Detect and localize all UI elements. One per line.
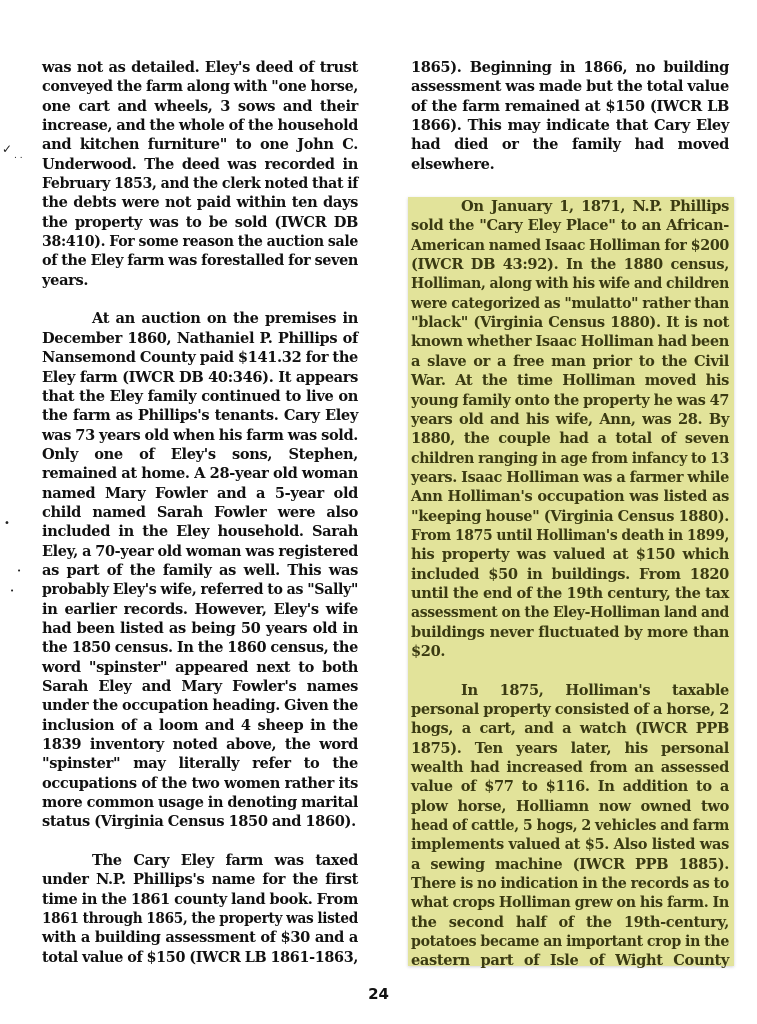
- text-line: inclusion of a loom and 4 sheep in the: [42, 716, 358, 735]
- text-line: a slave or a free man prior to the Civil: [411, 352, 729, 371]
- text-line: Eley, a 70-year old woman was registered: [42, 542, 354, 561]
- text-line: Only one of Eley's sons, Stephen,: [42, 445, 358, 464]
- text-line: child named Sarah Fowler were also: [42, 503, 358, 522]
- text-line: of the Eley farm was forestalled for sev…: [42, 251, 353, 270]
- text-line: what crops Holliman grew on his farm. In: [411, 893, 723, 912]
- text-line: status (Virginia Census 1850 and 1860).: [42, 812, 358, 831]
- text-line: that the Eley family continued to live o…: [42, 387, 358, 406]
- text-line: total value of $150 (IWCR LB 1861-1863,: [42, 948, 353, 967]
- text-line: Holliman, along with his wife and childr…: [411, 274, 716, 293]
- text-line: Eley farm (IWCR DB 40:346). It appears: [42, 368, 358, 387]
- text-line: implements valued at $5. Also listed was: [411, 835, 729, 854]
- text-line: elsewhere.: [411, 155, 729, 174]
- paragraph: The Cary Eley farm was taxed under N.P. …: [42, 851, 358, 967]
- text-line: years old and his wife, Ann, was 28. By: [411, 410, 729, 429]
- highlighted-paragraph: On January 1, 1871, N.P. Phillips sold t…: [411, 197, 729, 661]
- margin-check-mark: ✓: [2, 143, 12, 155]
- text-line: named Mary Fowler and a 5-year old: [42, 484, 358, 503]
- text-line: time in the 1861 county land book. From: [42, 890, 356, 909]
- text-line: under N.P. Phillips's name for the first: [42, 870, 358, 889]
- text-line: The Cary Eley farm was taxed: [42, 851, 358, 870]
- text-line: assessment on the Eley-Holliman land and: [411, 603, 716, 622]
- text-line: 1875). Ten years later, his personal: [411, 739, 729, 758]
- left-column: was not as detailed. Eley's deed of trus…: [42, 58, 358, 967]
- text-line: wealth had increased from an assessed: [411, 758, 729, 777]
- text-line: of the farm remained at $150 (IWCR LB: [411, 97, 729, 116]
- text-line: head of cattle, 5 hogs, 2 vehicles and f…: [411, 816, 719, 835]
- text-line: $20.: [411, 642, 729, 661]
- margin-dots-mark: . .: [14, 150, 23, 162]
- text-line: his property was valued at $150 which: [411, 545, 729, 564]
- text-line: In 1875, Holliman's taxable: [411, 681, 729, 700]
- text-line: the farm as Phillips's tenants. Cary Ele…: [42, 406, 358, 425]
- text-line: February 1853, and the clerk noted that …: [42, 174, 348, 193]
- text-line: were categorized as "mulatto" rather tha…: [411, 294, 719, 313]
- text-line: assessment was made but the total value: [411, 77, 729, 96]
- text-line: one cart and wheels, 3 sows and their: [42, 97, 358, 116]
- text-line: 1839 inventory noted above, the word: [42, 735, 358, 754]
- text-line: remained at home. A 28-year old woman: [42, 464, 358, 483]
- page-number: 24: [0, 985, 757, 1003]
- text-line: the 1850 census. In the 1860 census, the: [42, 638, 356, 657]
- text-line: value of $77 to $116. In addition to a: [411, 777, 729, 796]
- text-line: was 73 years old when his farm was sold.: [42, 426, 357, 445]
- text-line: sold the "Cary Eley Place" to an African…: [411, 216, 729, 235]
- text-line: word "spinster" appeared next to both: [42, 658, 358, 677]
- text-line: plow horse, Holliamn now owned two: [411, 797, 729, 816]
- text-line: in earlier records. However, Eley's wife: [42, 600, 358, 619]
- text-line: 1861 through 1865, the property was list…: [42, 909, 338, 928]
- text-line: probably Eley's wife, referred to as "Sa…: [42, 580, 348, 599]
- text-line: 1865). Beginning in 1866, no building: [411, 58, 729, 77]
- text-line: years.: [42, 271, 358, 290]
- text-line: 1866). This may indicate that Cary Eley: [411, 116, 729, 135]
- text-line: "black" (Virginia Census 1880). It is no…: [411, 313, 729, 332]
- text-line: "spinster" may literally refer to the: [42, 754, 358, 773]
- text-line: under the occupation heading. Given the: [42, 696, 355, 715]
- text-line: years. Isaac Holliman was a farmer while: [411, 468, 728, 487]
- text-line: known whether Isaac Holliman had been: [411, 332, 728, 351]
- text-line: eastern part of Isle of Wight County: [411, 951, 729, 970]
- right-column: 1865). Beginning in 1866, no building as…: [411, 58, 729, 971]
- text-line: Underwood. The deed was recorded in: [42, 155, 358, 174]
- text-line: "keeping house" (Virginia Census 1880).: [411, 507, 729, 526]
- highlighted-paragraph: In 1875, Holliman's taxable personal pro…: [411, 681, 729, 971]
- text-line: a sewing machine (IWCR PPB 1885).: [411, 855, 729, 874]
- text-line: the property was to be sold (IWCR DB: [42, 213, 358, 232]
- text-line: (IWCR DB 43:92). In the 1880 census,: [411, 255, 729, 274]
- margin-dot: •: [10, 585, 14, 597]
- text-line: buildings never fluctuated by more than: [411, 623, 729, 642]
- text-line: included $50 in buildings. From 1820: [411, 565, 729, 584]
- text-line: 38:410). For some reason the auction sal…: [42, 232, 348, 251]
- text-line: Ann Holliman's occupation was listed as: [411, 487, 729, 506]
- text-line: Nansemond County paid $141.32 for the: [42, 348, 358, 367]
- text-line: had died or the family had moved: [411, 135, 729, 154]
- paragraph: was not as detailed. Eley's deed of trus…: [42, 58, 358, 290]
- text-line: At an auction on the premises in: [42, 309, 358, 328]
- text-line: There is no indication in the records as…: [411, 874, 722, 893]
- text-line: War. At the time Holliman moved his: [411, 371, 729, 390]
- margin-dot: •: [17, 565, 21, 577]
- paragraph: 1865). Beginning in 1866, no building as…: [411, 58, 729, 174]
- text-line: increase, and the whole of the household: [42, 116, 355, 135]
- text-line: was not as detailed. Eley's deed of trus…: [42, 58, 358, 77]
- paragraph: At an auction on the premises in Decembe…: [42, 309, 358, 831]
- text-line: On January 1, 1871, N.P. Phillips: [411, 197, 729, 216]
- text-line: potatoes became an important crop in the: [411, 932, 720, 951]
- margin-mark: •: [4, 518, 10, 530]
- text-line: personal property consisted of a horse, …: [411, 700, 729, 719]
- text-line: December 1860, Nathaniel P. Phillips of: [42, 329, 358, 348]
- text-line: young family onto the property he was 47: [411, 391, 725, 410]
- text-line: 1880, the couple had a total of seven: [411, 429, 729, 448]
- text-line: children ranging in age from infancy to …: [411, 449, 717, 468]
- text-line: the second half of the 19th-century,: [411, 913, 729, 932]
- text-line: Sarah Eley and Mary Fowler's names: [42, 677, 358, 696]
- text-line: From 1875 until Holliman's death in 1899…: [411, 526, 715, 545]
- text-line: more common usage in denoting marital: [42, 793, 355, 812]
- text-line: occupations of the two women rather its: [42, 774, 358, 793]
- text-line: hogs, a cart, and a watch (IWCR PPB: [411, 719, 729, 738]
- text-line: as part of the family as well. This was: [42, 561, 358, 580]
- text-line: until the end of the 19th century, the t…: [411, 584, 729, 603]
- text-line: the debts were not paid within ten days: [42, 193, 358, 212]
- text-line: conveyed the farm along with "one horse,: [42, 77, 351, 96]
- text-line: American named Isaac Holliman for $200: [411, 236, 721, 255]
- text-line: with a building assessment of $30 and a: [42, 928, 358, 947]
- text-line: included in the Eley household. Sarah: [42, 522, 358, 541]
- text-line: had been listed as being 50 years old in: [42, 619, 358, 638]
- text-line: and kitchen furniture" to one John C.: [42, 135, 358, 154]
